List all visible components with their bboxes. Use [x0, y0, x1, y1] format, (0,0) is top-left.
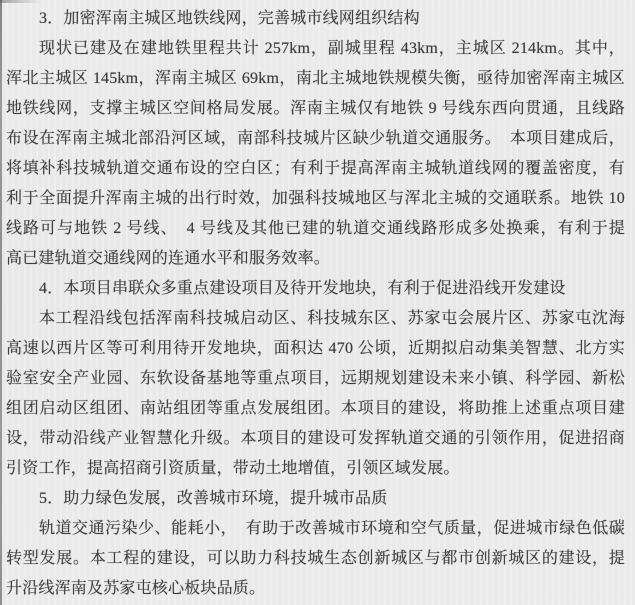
- text-line: 引资工作，提高招商引资质量，带动土地增值，引领区域发展。: [6, 454, 625, 484]
- text-line: 高速以西片区等可利用待开发地块，面积达 470 公顷，近期拟启动集美智慧、北方实: [6, 334, 625, 364]
- text-line: 4．本项目串联众多重点建设项目及待开发地块，有利于促进沿线开发建设: [6, 274, 625, 304]
- document-lines: 3．加密浑南主城区地铁线网，完善城市线网组织结构现状已建及在建地铁里程共计 25…: [6, 4, 625, 604]
- text-line: 现状已建及在建地铁里程共计 257km，副城里程 43km，主城区 214km。…: [6, 34, 625, 64]
- scan-smudge-artifact: [0, 0, 40, 3]
- text-line: 组团启动区组团、南站组团等重点发展组团。本项目的建设，将助推上述重点项目建: [6, 394, 625, 424]
- scan-edge-artifact: [0, 0, 2, 605]
- text-line: 地铁线网，支撑主城区空间格局发展。浑南主城仅有地铁 9 号线东西向贯通，且线路: [6, 94, 625, 124]
- text-line: 验室安全产业园、东软设备基地等重点项目，远期规划建设未来小镇、科学园、新松: [6, 364, 625, 394]
- text-line: 3．加密浑南主城区地铁线网，完善城市线网组织结构: [6, 4, 625, 34]
- text-line: 轨道交通污染少、能耗小， 有助于改善城市环境和空气质量，促进城市绿色低碳: [6, 514, 625, 544]
- document-page: 3．加密浑南主城区地铁线网，完善城市线网组织结构现状已建及在建地铁里程共计 25…: [0, 0, 635, 605]
- text-line: 浑北主城区 145km，浑南主城区 69km，南北主城地铁规模失衡，亟待加密浑南…: [6, 64, 625, 94]
- text-line: 本工程沿线包括浑南科技城启动区、科技城东区、苏家屯会展片区、苏家屯沈海: [6, 304, 625, 334]
- text-line: 将填补科技城轨道交通布设的空白区；有利于提高浑南主城轨道线网的覆盖密度，有: [6, 154, 625, 184]
- text-line: 转型发展。本工程的建设，可以助力科技城生态创新城区与都市创新城区的建设，提: [6, 544, 625, 574]
- text-line: 5．助力绿色发展，改善城市环境，提升城市品质: [6, 484, 625, 514]
- text-line: 布设在浑南主城北部沿河区域，南部科技城片区缺少轨道交通服务。 本项目建成后，: [6, 124, 625, 154]
- text-line: 线路可与地铁 2 号线、 4 号线及其他已建的轨道交通线路形成多处换乘，有利于提: [6, 214, 625, 244]
- text-line: 高已建轨道交通线网的连通水平和服务效率。: [6, 244, 625, 274]
- text-line: 升沿线浑南及苏家屯核心板块品质。: [6, 574, 625, 604]
- text-line: 利于全面提升浑南主城的出行时效，加强科技城地区与浑北主城的交通联系。地铁 10: [6, 184, 625, 214]
- text-line: 设，带动沿线产业智慧化升级。本项目的建设可发挥轨道交通的引领作用，促进招商: [6, 424, 625, 454]
